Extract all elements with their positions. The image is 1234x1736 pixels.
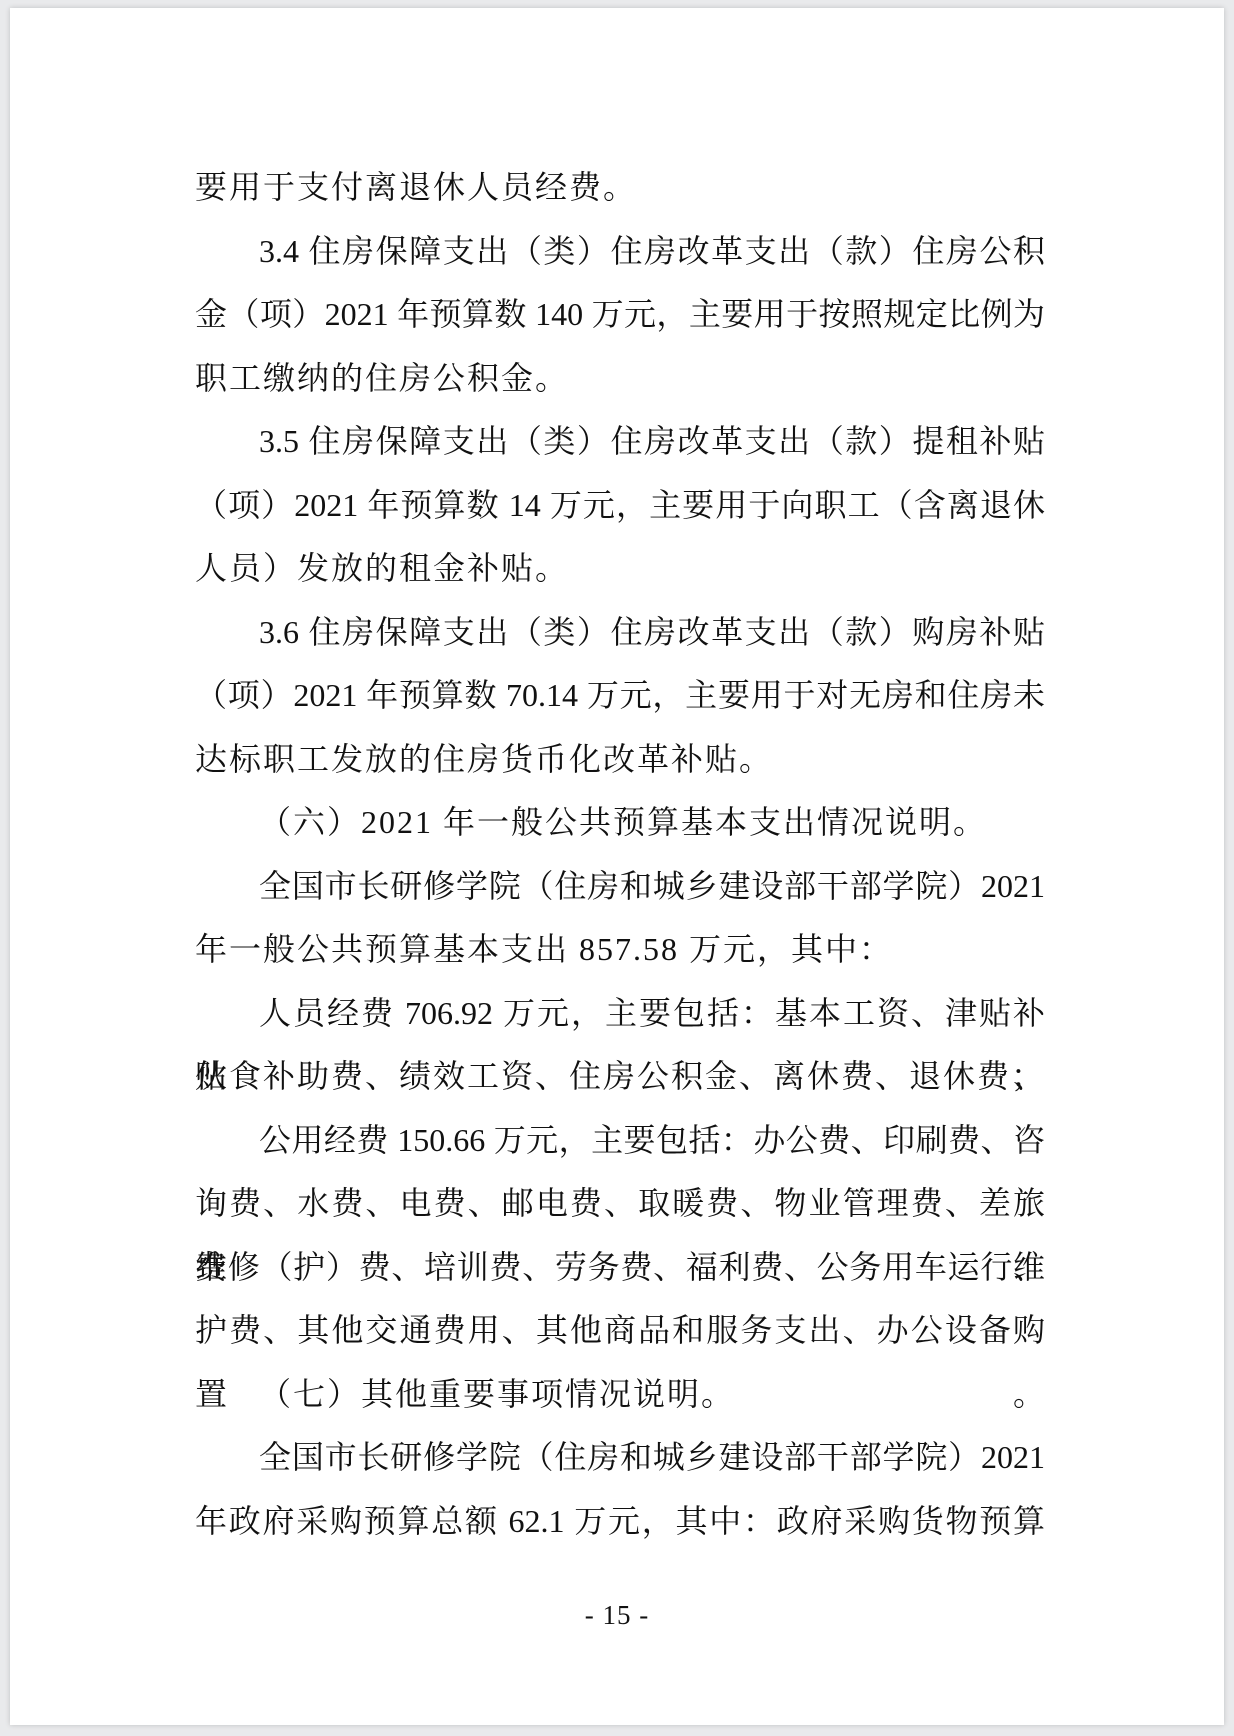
text-line: 维修（护）费、培训费、劳务费、福利费、公务用车运行维 bbox=[195, 1236, 1045, 1300]
text-line: （项）2021 年预算数 14 万元，主要用于向职工（含离退休 bbox=[195, 474, 1045, 538]
text-line: 3.4 住房保障支出（类）住房改革支出（款）住房公积 bbox=[195, 220, 1045, 284]
text-line: 达标职工发放的住房货币化改革补贴。 bbox=[195, 728, 1045, 792]
text-line: 护费、其他交通费用、其他商品和服务支出、办公设备购置。 bbox=[195, 1299, 1045, 1363]
text-line: 人员经费 706.92 万元，主要包括：基本工资、津贴补贴、 bbox=[195, 982, 1045, 1046]
document-body: 要用于支付离退休人员经费。3.4 住房保障支出（类）住房改革支出（款）住房公积金… bbox=[195, 156, 1045, 1553]
text-line: （项）2021 年预算数 70.14 万元，主要用于对无房和住房未 bbox=[195, 664, 1045, 728]
text-line: 职工缴纳的住房公积金。 bbox=[195, 347, 1045, 411]
text-line: 要用于支付离退休人员经费。 bbox=[195, 156, 1045, 220]
text-line: （六）2021 年一般公共预算基本支出情况说明。 bbox=[195, 791, 1045, 855]
text-line: 金（项）2021 年预算数 140 万元，主要用于按照规定比例为 bbox=[195, 283, 1045, 347]
page-number: - 15 - bbox=[10, 1600, 1224, 1631]
text-line: 公用经费 150.66 万元，主要包括：办公费、印刷费、咨 bbox=[195, 1109, 1045, 1173]
text-line: 年政府采购预算总额 62.1 万元，其中：政府采购货物预算 bbox=[195, 1490, 1045, 1554]
text-line: 年一般公共预算基本支出 857.58 万元，其中： bbox=[195, 918, 1045, 982]
text-line: 伙食补助费、绩效工资、住房公积金、离休费、退休费； bbox=[195, 1045, 1045, 1109]
text-line: 3.6 住房保障支出（类）住房改革支出（款）购房补贴 bbox=[195, 601, 1045, 665]
pdf-viewer-canvas: { "document": { "language": "zh-CN", "li… bbox=[0, 0, 1234, 1736]
text-line: 询费、水费、电费、邮电费、取暖费、物业管理费、差旅费、 bbox=[195, 1172, 1045, 1236]
text-line: 人员）发放的租金补贴。 bbox=[195, 537, 1045, 601]
text-line: 3.5 住房保障支出（类）住房改革支出（款）提租补贴 bbox=[195, 410, 1045, 474]
text-line: 全国市长研修学院（住房和城乡建设部干部学院）2021 bbox=[195, 855, 1045, 919]
document-page: 要用于支付离退休人员经费。3.4 住房保障支出（类）住房改革支出（款）住房公积金… bbox=[10, 8, 1224, 1725]
text-line: 全国市长研修学院（住房和城乡建设部干部学院）2021 bbox=[195, 1426, 1045, 1490]
